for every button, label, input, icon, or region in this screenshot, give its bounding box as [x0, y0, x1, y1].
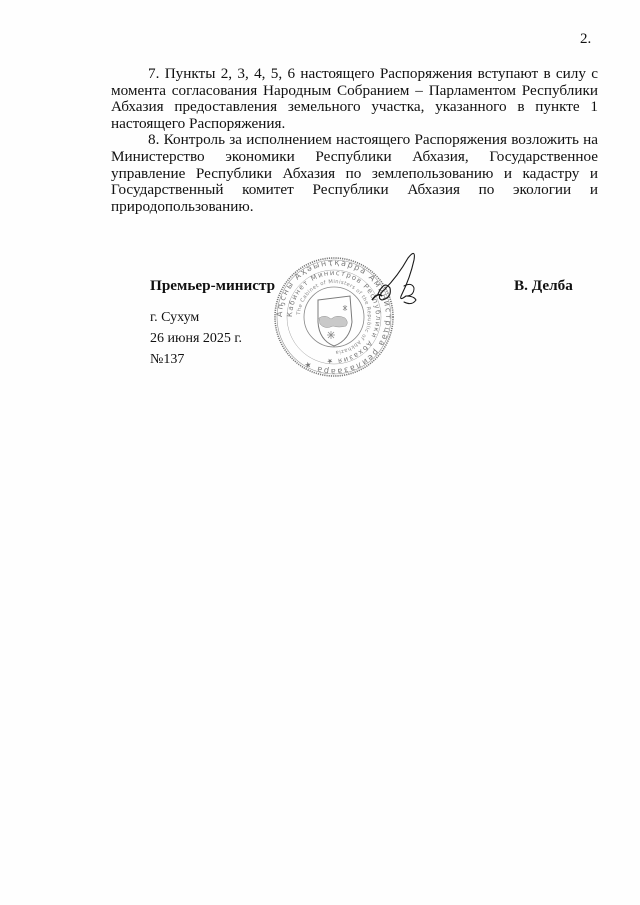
document-city: г. Сухум [150, 310, 199, 326]
paragraph-7: 7. Пункты 2, 3, 4, 5, 6 настоящего Распо… [111, 66, 598, 132]
coat-of-arms-icon [318, 296, 352, 346]
document-number: №137 [150, 352, 184, 368]
paragraph-8: 8. Контроль за исполнением настоящего Ра… [111, 132, 598, 215]
document-date: 26 июня 2025 г. [150, 331, 242, 347]
document-page: 2. 7. Пункты 2, 3, 4, 5, 6 настоящего Ра… [0, 0, 640, 905]
document-body: 7. Пункты 2, 3, 4, 5, 6 настоящего Распо… [111, 66, 598, 215]
signatory-name: В. Делба [514, 277, 573, 295]
signatory-title: Премьер-министр [150, 277, 275, 295]
signature-icon [368, 250, 428, 306]
page-number: 2. [580, 30, 591, 48]
